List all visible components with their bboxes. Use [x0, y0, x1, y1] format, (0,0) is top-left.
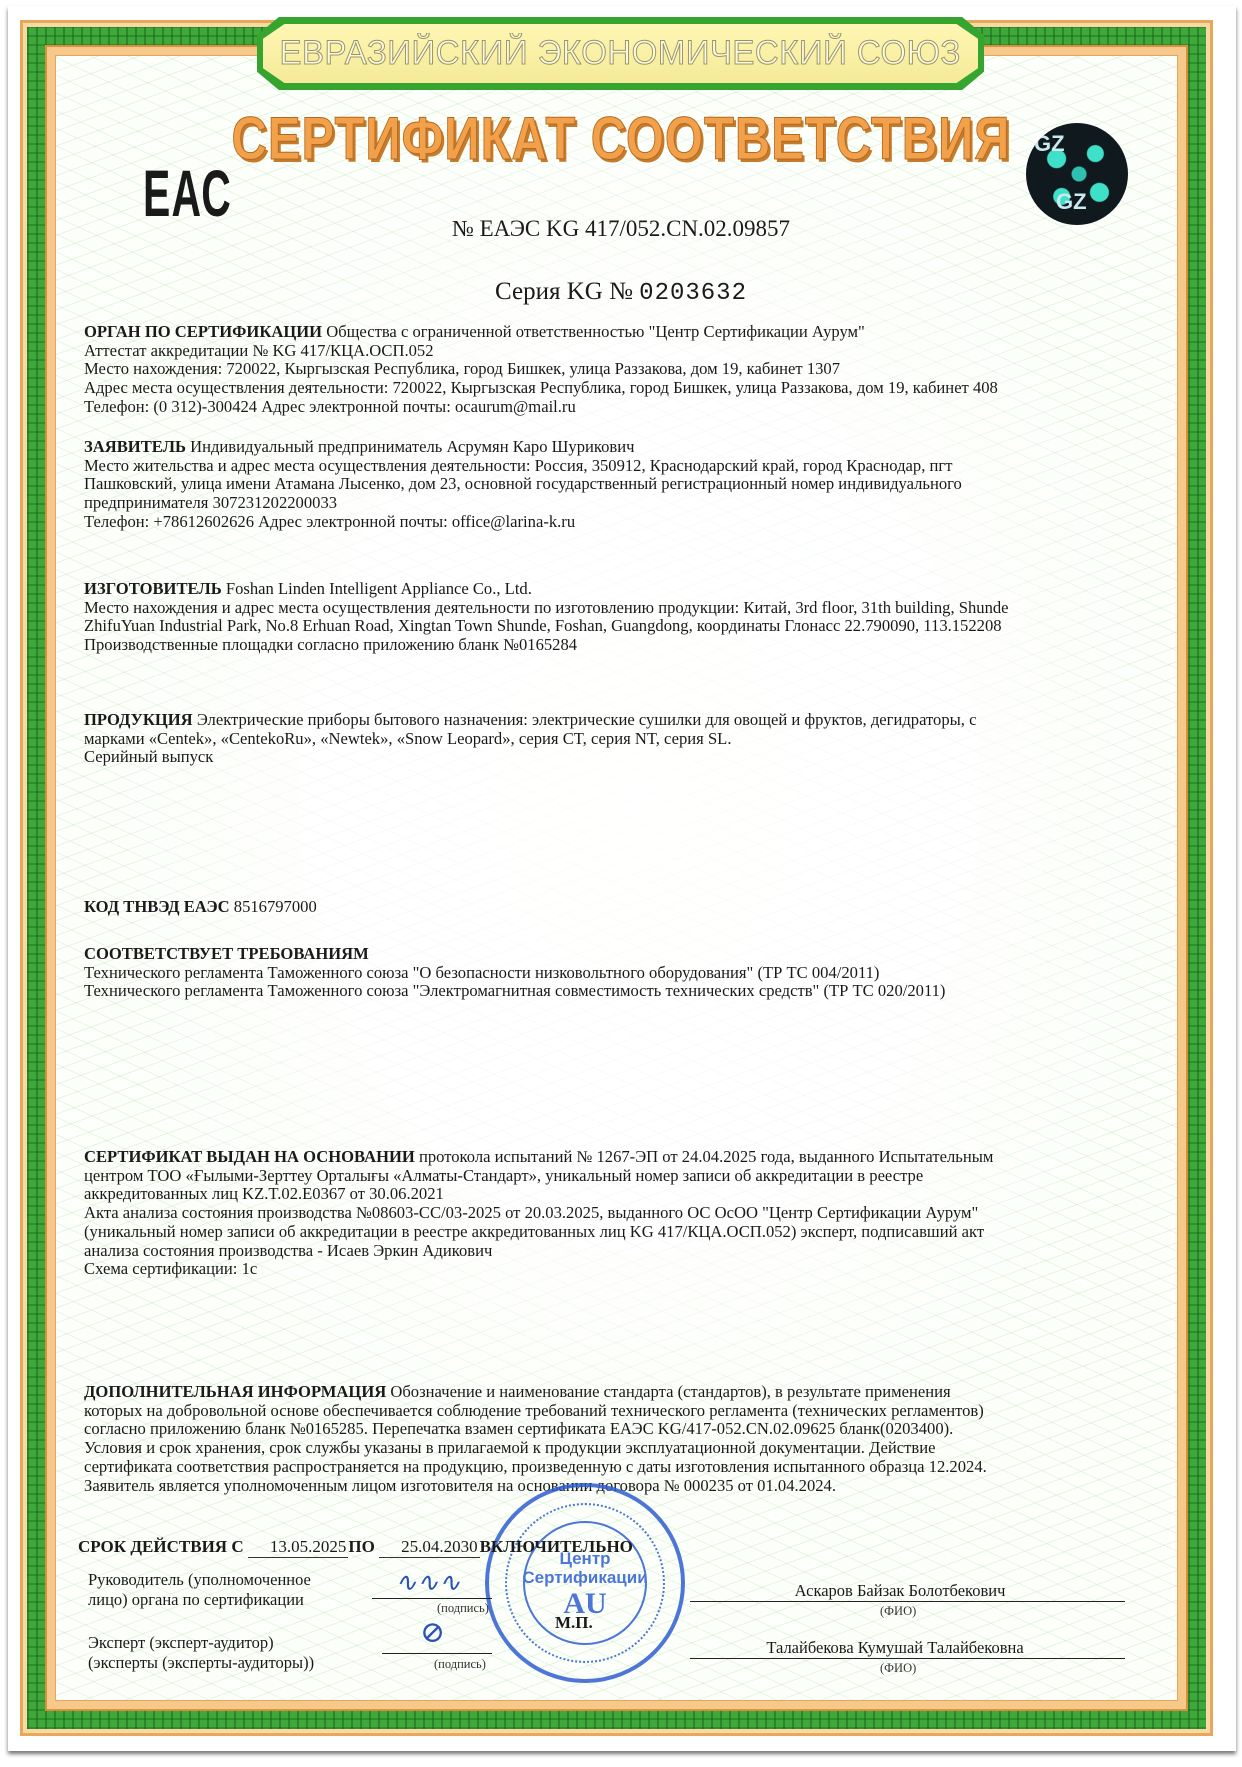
additional-line: Обозначение и наименование стандарта (ст…: [390, 1382, 950, 1401]
expert-signature-line: [382, 1653, 492, 1654]
certification-body-section: ОРГАН ПО СЕРТИФИКАЦИИ Общества с огранич…: [84, 323, 1134, 417]
product-line: марками «Centek», «CentekoRu», «Newtek»,…: [84, 730, 1134, 749]
union-banner: ЕВРАЗИЙСКИЙ ЭКОНОМИЧЕСКИЙ СОЮЗ: [263, 24, 978, 83]
requirement-item: Технического регламента Таможенного союз…: [84, 964, 1134, 983]
product-line: Электрические приборы бытового назначени…: [197, 710, 977, 729]
requirements-section: СООТВЕТСТВУЕТ ТРЕБОВАНИЯМ Технического р…: [84, 945, 1134, 1001]
hologram-text: GZ: [1034, 131, 1065, 157]
applicant-contacts: Телефон: +78612602626 Адрес электронной …: [84, 513, 1134, 532]
additional-line: которых на добровольной основе обеспечив…: [84, 1402, 1134, 1421]
additional-line: согласно приложению бланк №0165285. Пере…: [84, 1420, 1134, 1439]
basis-line: центром ТОО «Ғылыми-Зерттеу Орталығы «Ал…: [84, 1167, 1134, 1186]
expert-fio-line: [690, 1658, 1125, 1659]
manufacturer-section: ИЗГОТОВИТЕЛЬ Foshan Linden Intelligent A…: [84, 580, 1134, 655]
basis-line: протокола испытаний № 1267-ЭП от 24.04.2…: [419, 1147, 993, 1166]
tnved-value: 8516797000: [234, 897, 317, 916]
head-signature-caption: (подпись): [437, 1601, 489, 1616]
manufacturer-line: Место нахождения и адрес места осуществл…: [84, 599, 1134, 618]
stamp-line-2: Сертификации: [489, 1568, 681, 1587]
head-name: Аскаров Байзак Болотбекович: [750, 1581, 1050, 1601]
head-fio-line: [690, 1601, 1125, 1602]
certificate-number: № ЕАЭС KG 417/052.CN.02.09857: [0, 216, 1242, 242]
requirements-label: СООТВЕТСТВУЕТ ТРЕБОВАНИЯМ: [84, 945, 1134, 964]
series-number: 0203632: [639, 280, 747, 307]
certificate-title: СЕРТИФИКАТ СООТВЕТСТВИЯ: [112, 104, 1130, 173]
hologram-seal-icon: GZ GZ: [1026, 123, 1128, 225]
validity-line: СРОК ДЕЙСТВИЯ С 13.05.2025ПО 25.04.2030В…: [78, 1537, 633, 1558]
validity-to-label: ПО: [348, 1537, 374, 1556]
applicant-section: ЗАЯВИТЕЛЬ Индивидуальный предприниматель…: [84, 438, 1134, 532]
head-signature-line: [372, 1598, 492, 1599]
location-line: Место нахождения: 720022, Кыргызская Рес…: [84, 360, 1134, 379]
validity-date-from: 13.05.2025: [248, 1537, 349, 1558]
expert-label-line-1: Эксперт (эксперт-аудитор): [88, 1633, 314, 1653]
certification-scheme: Схема сертификации: 1с: [84, 1260, 1134, 1279]
expert-name: Талайбекова Кумушай Талайбековна: [720, 1638, 1070, 1658]
manufacturer-line: Производственные площадки согласно прило…: [84, 636, 1134, 655]
series-line: Серия KG № 0203632: [0, 278, 1242, 307]
contacts-line: Телефон: (0 312)-300424 Адрес электронно…: [84, 398, 1134, 417]
requirement-item: Технического регламента Таможенного союз…: [84, 982, 1134, 1001]
product-line: Серийный выпуск: [84, 748, 1134, 767]
basis-line: Акта анализа состояния производства №086…: [84, 1204, 1134, 1223]
basis-line: аккредитованных лиц KZ.T.02.E0367 от 30.…: [84, 1185, 1134, 1204]
manufacturer-label: ИЗГОТОВИТЕЛЬ: [84, 579, 222, 598]
expert-signature-icon: ⊘: [420, 1615, 445, 1650]
union-banner-text: ЕВРАЗИЙСКИЙ ЭКОНОМИЧЕСКИЙ СОЮЗ: [280, 34, 961, 73]
applicant-line: Место жительства и адрес места осуществл…: [84, 457, 1134, 476]
additional-line: Условия и срок хранения, срок службы ука…: [84, 1439, 1134, 1458]
activity-address-line: Адрес места осуществления деятельности: …: [84, 379, 1134, 398]
additional-line: сертификата соответствия распространяетс…: [84, 1458, 1134, 1477]
hologram-text-2: GZ: [1056, 189, 1087, 215]
seal-label: М.П.: [555, 1613, 593, 1633]
basis-section: СЕРТИФИКАТ ВЫДАН НА ОСНОВАНИИ протокола …: [84, 1148, 1134, 1279]
seal-stamp: Центр Сертификации AU: [485, 1483, 685, 1683]
basis-line: (уникальный номер записи об аккредитации…: [84, 1223, 1134, 1242]
head-signature-label: Руководитель (уполномоченное лицо) орган…: [88, 1570, 311, 1610]
validity-date-to: 25.04.2030: [379, 1537, 480, 1558]
certification-body-name: Общества с ограниченной ответственностью…: [326, 322, 865, 341]
additional-info-label: ДОПОЛНИТЕЛЬНАЯ ИНФОРМАЦИЯ: [84, 1382, 386, 1401]
head-label-line-1: Руководитель (уполномоченное: [88, 1570, 311, 1590]
product-section: ПРОДУКЦИЯ Электрические приборы бытового…: [84, 711, 1134, 767]
manufacturer-name: Foshan Linden Intelligent Appliance Co.,…: [226, 579, 532, 598]
expert-signature-caption: (подпись): [434, 1657, 486, 1672]
accreditation-line: Аттестат аккредитации № KG 417/КЦА.ОСП.0…: [84, 342, 1134, 361]
expert-label-line-2: (эксперты (эксперты-аудиторы)): [88, 1653, 314, 1673]
applicant-label: ЗАЯВИТЕЛЬ: [84, 437, 186, 456]
head-signature-icon: ∿∿∿: [395, 1568, 460, 1598]
validity-from-label: СРОК ДЕЙСТВИЯ С: [78, 1537, 244, 1556]
basis-line: анализа состояния производства - Исаев Э…: [84, 1242, 1134, 1261]
tnved-label: КОД ТНВЭД ЕАЭС: [84, 897, 230, 916]
applicant-name: Индивидуальный предприниматель Асрумян К…: [190, 437, 634, 456]
applicant-line: Пашковский, улица имени Атамана Лысенко,…: [84, 475, 1134, 494]
additional-info-section: ДОПОЛНИТЕЛЬНАЯ ИНФОРМАЦИЯ Обозначение и …: [84, 1383, 1134, 1495]
validity-inclusive-label: ВКЛЮЧИТЕЛЬНО: [480, 1537, 633, 1556]
certification-body-label: ОРГАН ПО СЕРТИФИКАЦИИ: [84, 322, 322, 341]
expert-fio-caption: (ФИО): [880, 1661, 916, 1676]
head-fio-caption: (ФИО): [880, 1604, 916, 1619]
head-label-line-2: лицо) органа по сертификации: [88, 1590, 311, 1610]
tnved-section: КОД ТНВЭД ЕАЭС 8516797000: [84, 898, 1134, 917]
basis-label: СЕРТИФИКАТ ВЫДАН НА ОСНОВАНИИ: [84, 1147, 415, 1166]
product-label: ПРОДУКЦИЯ: [84, 710, 193, 729]
expert-signature-label: Эксперт (эксперт-аудитор) (эксперты (экс…: [88, 1633, 314, 1673]
applicant-line: предпринимателя 307231202200033: [84, 494, 1134, 513]
series-label: Серия KG №: [495, 278, 633, 305]
stamp-center: Центр Сертификации AU: [489, 1549, 681, 1621]
manufacturer-line: ZhifuYuan Industrial Park, No.8 Erhuan R…: [84, 617, 1134, 636]
